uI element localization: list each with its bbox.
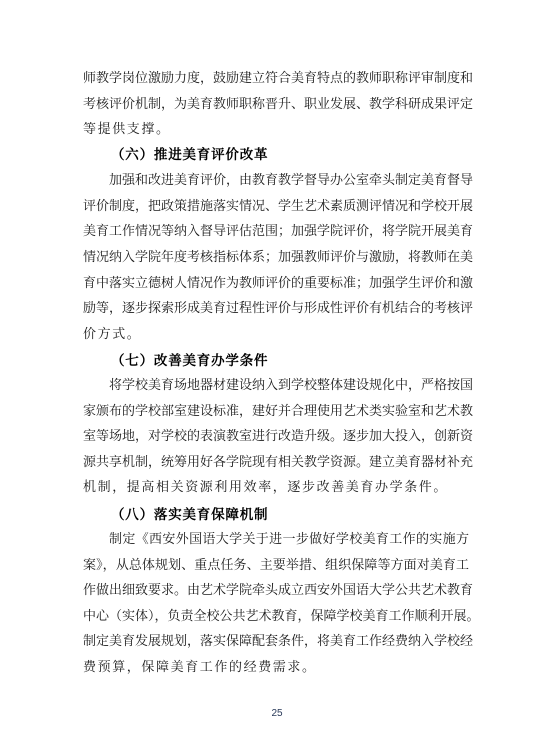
page-number: 25 bbox=[0, 708, 554, 719]
body-text-line: 费预算，保障美育工作的经费需求。 bbox=[83, 658, 469, 678]
body-text-line: 源共享机制，统筹用好各学院现有相关教学资源。建立美育器材补充 bbox=[83, 453, 469, 473]
body-text-line: 励等，逐步探索形成美育过程性评价与形成性评价有机结合的考核评 bbox=[83, 299, 469, 319]
body-text-line: 家颁布的学校部室建设标准，建好并合理使用艺术类实验室和艺术教 bbox=[83, 402, 469, 422]
body-text-line: 制定《西安外国语大学关于进一步做好学校美育工作的实施方 bbox=[109, 530, 469, 550]
body-text-line: 等提供支撑。 bbox=[83, 120, 469, 140]
section-heading-7: （七）改善美育办学条件 bbox=[111, 351, 268, 371]
document-page: 师教学岗位激励力度，鼓励建立符合美育特点的教师职称评审制度和 考核评价机制，为美… bbox=[0, 0, 554, 746]
body-text-line: 评价制度，把政策措施落实情况、学生艺术素质测评情况和学校开展 bbox=[83, 197, 469, 217]
body-text-line: 师教学岗位激励力度，鼓励建立符合美育特点的教师职称评审制度和 bbox=[83, 69, 469, 89]
section-heading-6: （六）推进美育评价改革 bbox=[111, 145, 268, 165]
section-heading-8: （八）落实美育保障机制 bbox=[111, 505, 268, 525]
body-text-line: 作做出细致要求。由艺术学院牵头成立西安外国语大学公共艺术教育 bbox=[83, 581, 469, 601]
body-text-line: 将学校美育场地器材建设纳入到学校整体建设规化中，严格按国 bbox=[109, 376, 469, 396]
body-text-line: 机制，提高相关资源利用效率，逐步改善美育办学条件。 bbox=[83, 478, 469, 498]
body-text-line: 情况纳入学院年度考核指标体系；加强教师评价与激励，将教师在美 bbox=[83, 248, 469, 268]
body-text-line: 加强和改进美育评价，由教育教学督导办公室牵头制定美育督导 bbox=[109, 171, 469, 191]
body-text-line: 室等场地，对学校的表演教室进行改造升级。逐步加大投入，创新资 bbox=[83, 427, 469, 447]
body-text-line: 制定美育发展规划，落实保障配套条件，将美育工作经费纳入学校经 bbox=[83, 632, 469, 652]
body-text-line: 案》，从总体规划、重点任务、主要举措、组织保障等方面对美育工 bbox=[83, 556, 469, 576]
body-text-line: 美育工作情况等纳入督导评估范围；加强学院评价，将学院开展美育 bbox=[83, 222, 469, 242]
body-text-line: 考核评价机制，为美育教师职称晋升、职业发展、教学科研成果评定 bbox=[83, 95, 469, 115]
body-text-line: 育中落实立德树人情况作为教师评价的重要标准；加强学生评价和激 bbox=[83, 274, 469, 294]
body-text-line: 中心（实体），负责全校公共艺术教育，保障学校美育工作顺利开展。 bbox=[83, 607, 469, 627]
body-text-line: 价方式。 bbox=[83, 325, 469, 345]
